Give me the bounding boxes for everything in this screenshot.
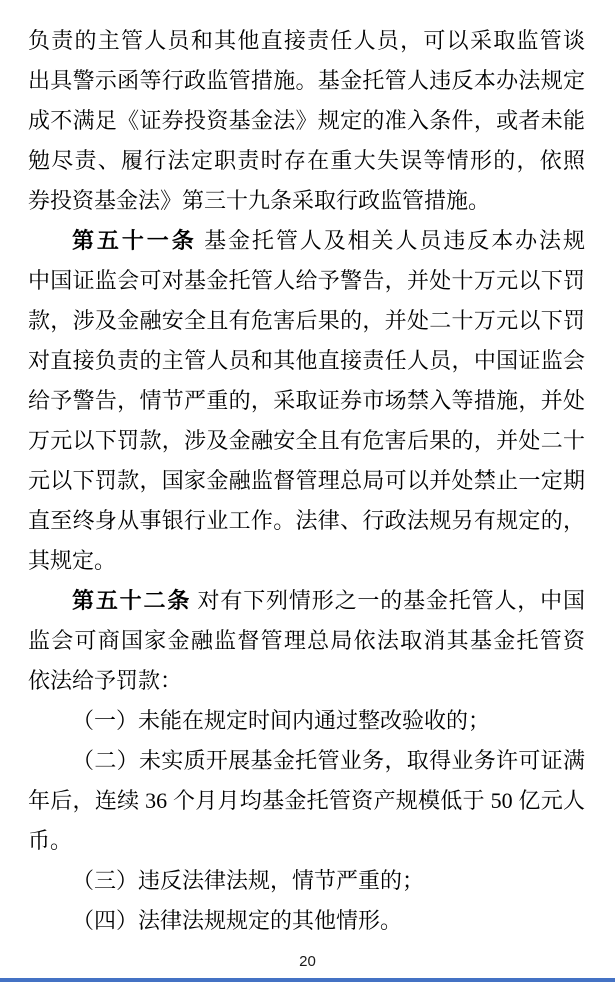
text-line: 万元以下罚款，涉及金融安全且有危害后果的，并处二十万 — [28, 421, 585, 461]
text-run: 款，涉及金融安全且有危害后果的，并处二十万元以下罚款； — [28, 308, 585, 341]
text-run: 勉尽责、履行法定职责时存在重大失误等情形的，依照《证 — [28, 148, 585, 181]
text-line: 第五十一条 基金托管人及相关人员违反本办法规定， — [28, 221, 585, 261]
text-run: 年后，连续 36 个月月均基金托管资产规模低于 50 亿元人民 — [28, 788, 585, 821]
text-run: （三）违反法律法规，情节严重的； — [72, 868, 424, 893]
text-line: 负责的主管人员和其他直接责任人员，可以采取监管谈话、 — [28, 21, 585, 61]
text-line: 券投资基金法》第三十九条采取行政监管措施。 — [28, 181, 585, 221]
text-line: （三）违反法律法规，情节严重的； — [28, 861, 585, 901]
text-run: 依法给予罚款： — [28, 668, 182, 693]
article-number-heading: 第五十二条 — [72, 588, 191, 613]
text-run: 监会可商国家金融监督管理总局依法取消其基金托管资格， — [28, 628, 585, 661]
text-line: 依法给予罚款： — [28, 661, 585, 701]
text-line: 款，涉及金融安全且有危害后果的，并处二十万元以下罚款； — [28, 301, 585, 341]
text-run: （四）法律法规规定的其他情形。 — [72, 908, 402, 933]
document-body: 负责的主管人员和其他直接责任人员，可以采取监管谈话、出具警示函等行政监管措施。基… — [28, 21, 585, 941]
text-line: 其规定。 — [28, 541, 585, 581]
page-number: 20 — [299, 953, 316, 970]
text-line: （二）未实质开展基金托管业务，取得业务许可证满 2 — [28, 741, 585, 781]
text-run: 其规定。 — [28, 548, 116, 573]
text-line: 对直接负责的主管人员和其他直接责任人员，中国证监会可 — [28, 341, 585, 381]
text-line: （一）未能在规定时间内通过整改验收的； — [28, 701, 585, 741]
text-line: 给予警告，情节严重的，采取证券市场禁入等措施，并处十 — [28, 381, 585, 421]
text-run: 直至终身从事银行业工作。法律、行政法规另有规定的，从 — [28, 508, 585, 541]
text-line: 直至终身从事银行业工作。法律、行政法规另有规定的，从 — [28, 501, 585, 541]
text-run: 给予警告，情节严重的，采取证券市场禁入等措施，并处十 — [28, 388, 585, 421]
text-run: 成不满足《证券投资基金法》规定的准入条件，或者未能勤 — [28, 108, 585, 141]
text-line: 监会可商国家金融监督管理总局依法取消其基金托管资格， — [28, 621, 585, 661]
article-number-heading: 第五十一条 — [72, 228, 197, 253]
text-line: 中国证监会可对基金托管人给予警告，并处十万元以下罚 — [28, 261, 585, 301]
text-run: 元以下罚款，国家金融监督管理总局可以并处禁止一定期限 — [28, 468, 585, 501]
text-line: （四）法律法规规定的其他情形。 — [28, 901, 585, 941]
text-line: 元以下罚款，国家金融监督管理总局可以并处禁止一定期限 — [28, 461, 585, 501]
text-run: 对直接负责的主管人员和其他直接责任人员，中国证监会可 — [28, 348, 585, 381]
text-run: （一）未能在规定时间内通过整改验收的； — [72, 708, 490, 733]
bottom-accent-bar — [0, 978, 615, 982]
text-line: 勉尽责、履行法定职责时存在重大失误等情形的，依照《证 — [28, 141, 585, 181]
page-footer: 20 — [0, 954, 615, 970]
text-run: 负责的主管人员和其他直接责任人员，可以采取监管谈话、 — [28, 28, 585, 61]
text-run: 出具警示函等行政监管措施。基金托管人违反本办法规定构 — [28, 68, 585, 101]
text-run: 券投资基金法》第三十九条采取行政监管措施。 — [28, 188, 490, 213]
text-run: （二）未实质开展基金托管业务，取得业务许可证满 2 — [72, 748, 585, 781]
text-line: 出具警示函等行政监管措施。基金托管人违反本办法规定构 — [28, 61, 585, 101]
text-line: 年后，连续 36 个月月均基金托管资产规模低于 50 亿元人民 — [28, 781, 585, 821]
text-line: 币。 — [28, 821, 585, 861]
document-page: 负责的主管人员和其他直接责任人员，可以采取监管谈话、出具警示函等行政监管措施。基… — [0, 0, 615, 982]
text-run: 中国证监会可对基金托管人给予警告，并处十万元以下罚 — [28, 268, 585, 293]
text-line: 成不满足《证券投资基金法》规定的准入条件，或者未能勤 — [28, 101, 585, 141]
text-run: 币。 — [28, 828, 72, 853]
text-run: 万元以下罚款，涉及金融安全且有危害后果的，并处二十万 — [28, 428, 585, 461]
text-line: 第五十二条 对有下列情形之一的基金托管人，中国证 — [28, 581, 585, 621]
